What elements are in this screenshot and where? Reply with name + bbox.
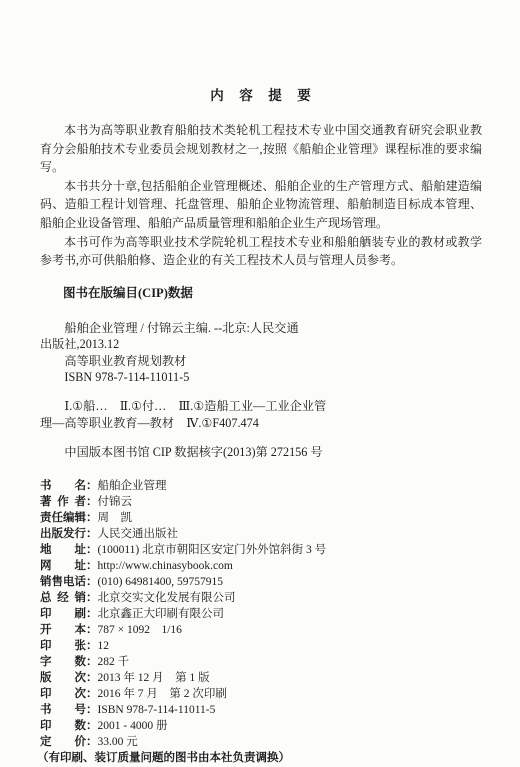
colophon-row: 责任编辑：周 凯	[40, 510, 482, 526]
colophon-value: 北京交实文化发展有限公司	[98, 592, 236, 604]
colophon-colon: ：	[86, 720, 98, 732]
colophon-colon: ：	[86, 624, 98, 636]
cip-group: 船舶企业管理 / 付锦云主编. --北京:人民交通出版社,2013.12高等职业…	[40, 320, 482, 386]
colophon-colon: ：	[86, 576, 98, 588]
summary-paragraphs: 本书为高等职业教育船舶技术类轮机工程技术专业中国交通教育研究会职业教育分会船舶技…	[40, 121, 482, 270]
colophon-label: 出版发行	[40, 526, 86, 542]
colophon-colon: ：	[86, 736, 98, 748]
colophon-row: 印数：2001 - 4000 册	[40, 718, 482, 734]
colophon-colon: ：	[86, 528, 98, 540]
colophon-label: 版次	[40, 670, 86, 686]
colophon-colon: ：	[86, 656, 98, 668]
cip-line: 船舶企业管理 / 付锦云主编. --北京:人民交通	[40, 320, 482, 336]
colophon-row: 书号：ISBN 978-7-114-11011-5	[40, 702, 482, 718]
summary-title: 内 容 提 要	[40, 84, 482, 104]
colophon-label: 著作者	[40, 494, 86, 510]
colophon-label: 印数	[40, 718, 86, 734]
colophon-row: 网址：http://www.chinasybook.com	[40, 558, 482, 574]
colophon-colon: ：	[86, 496, 98, 508]
colophon-value: 2013 年 12 月 第 1 版	[98, 672, 210, 684]
colophon-label: 销售电话	[40, 574, 86, 590]
colophon-colon: ：	[86, 544, 98, 556]
colophon-colon: ：	[86, 608, 98, 620]
colophon-note: （有印刷、装订质量问题的图书由本社负责调换）	[37, 750, 482, 766]
colophon-label: 字数	[40, 654, 86, 670]
colophon-value: 周 凯	[98, 512, 133, 524]
summary-paragraph: 本书为高等职业教育船舶技术类轮机工程技术专业中国交通教育研究会职业教育分会船舶技…	[40, 121, 482, 177]
cip-group: Ⅰ.①船… Ⅱ.①付… Ⅲ.①造船工业—工业企业管理—高等职业教育—教材 Ⅳ.①…	[40, 398, 482, 431]
colophon-row: 总经销：北京交实文化发展有限公司	[40, 590, 482, 606]
colophon-value: 2001 - 4000 册	[98, 720, 168, 732]
colophon-colon: ：	[86, 672, 98, 684]
colophon-value: http://www.chinasybook.com	[98, 560, 233, 572]
colophon-value: 2016 年 7 月 第 2 次印刷	[98, 688, 227, 700]
colophon-row: 版次：2013 年 12 月 第 1 版	[40, 670, 482, 686]
colophon-value: 付锦云	[98, 496, 133, 508]
colophon-row: 销售电话：(010) 64981400, 59757915	[40, 574, 482, 590]
colophon-row: 印刷：北京鑫正大印刷有限公司	[40, 606, 482, 622]
colophon-row: 出版发行：人民交通出版社	[40, 526, 482, 542]
colophon-label: 印刷	[40, 606, 86, 622]
colophon-value: 33.00 元	[98, 736, 138, 748]
colophon-row: 著作者：付锦云	[40, 494, 482, 510]
colophon-row: 书名：船舶企业管理	[40, 478, 482, 494]
colophon-label: 印张	[40, 638, 86, 654]
copyright-page: 内 容 提 要 本书为高等职业教育船舶技术类轮机工程技术专业中国交通教育研究会职…	[0, 0, 520, 767]
colophon-colon: ：	[86, 704, 98, 716]
colophon-colon: ：	[86, 592, 98, 604]
colophon-value: (100011) 北京市朝阳区安定门外外馆斜街 3 号	[98, 544, 327, 556]
colophon-value: 282 千	[98, 656, 130, 668]
cip-line: 高等职业教育规划教材	[40, 353, 482, 369]
colophon-rows: 书名：船舶企业管理著作者：付锦云责任编辑：周 凯出版发行：人民交通出版社地址：(…	[40, 478, 482, 750]
colophon-row: 印张：12	[40, 638, 482, 654]
colophon-label: 定价	[40, 734, 86, 750]
colophon-row: 定价：33.00 元	[40, 734, 482, 750]
cip-group: 中国版本图书馆 CIP 数据核字(2013)第 272156 号	[40, 444, 482, 460]
colophon-colon: ：	[86, 560, 98, 572]
colophon-value: 人民交通出版社	[98, 528, 179, 540]
cip-heading: 图书在版编目(CIP)数据	[63, 283, 482, 301]
colophon-label: 地址	[40, 542, 86, 558]
colophon-value: 北京鑫正大印刷有限公司	[98, 608, 225, 620]
colophon-value: 船舶企业管理	[98, 480, 167, 492]
summary-section: 内 容 提 要 本书为高等职业教育船舶技术类轮机工程技术专业中国交通教育研究会职…	[40, 84, 482, 270]
colophon-label: 开本	[40, 622, 86, 638]
colophon-colon: ：	[86, 688, 98, 700]
colophon-value: (010) 64981400, 59757915	[98, 576, 224, 588]
cip-section: 图书在版编目(CIP)数据 船舶企业管理 / 付锦云主编. --北京:人民交通出…	[40, 283, 482, 461]
colophon-value: 12	[98, 640, 110, 652]
colophon-colon: ：	[86, 512, 98, 524]
colophon-label: 总经销	[40, 590, 86, 606]
colophon-label: 责任编辑	[40, 510, 86, 526]
colophon-row: 地址：(100011) 北京市朝阳区安定门外外馆斜街 3 号	[40, 542, 482, 558]
colophon-value: ISBN 978-7-114-11011-5	[98, 704, 216, 716]
cip-line: 中国版本图书馆 CIP 数据核字(2013)第 272156 号	[40, 444, 482, 460]
cip-line: ISBN 978-7-114-11011-5	[40, 369, 482, 385]
summary-paragraph: 本书共分十章,包括船舶企业管理概述、船舶企业的生产管理方式、船舶建造编码、造船工…	[40, 177, 482, 233]
cip-record: 船舶企业管理 / 付锦云主编. --北京:人民交通出版社,2013.12高等职业…	[40, 320, 482, 461]
cip-line: 理—高等职业教育—教材 Ⅳ.①F407.474	[40, 415, 482, 431]
colophon-colon: ：	[86, 480, 98, 492]
colophon-row: 印次：2016 年 7 月 第 2 次印刷	[40, 686, 482, 702]
colophon-label: 书名	[40, 478, 86, 494]
colophon-label: 印次	[40, 686, 86, 702]
summary-paragraph: 本书可作为高等职业技术学院轮机工程技术专业和船舶舾装专业的教材或教学参考书,亦可…	[40, 233, 482, 270]
cip-line: Ⅰ.①船… Ⅱ.①付… Ⅲ.①造船工业—工业企业管	[40, 398, 482, 414]
colophon-colon: ：	[86, 640, 98, 652]
colophon-row: 字数：282 千	[40, 654, 482, 670]
colophon-section: 书名：船舶企业管理著作者：付锦云责任编辑：周 凯出版发行：人民交通出版社地址：(…	[40, 478, 482, 766]
colophon-row: 开本：787 × 1092 1/16	[40, 622, 482, 638]
cip-line: 出版社,2013.12	[40, 336, 482, 352]
colophon-label: 网址	[40, 558, 86, 574]
colophon-label: 书号	[40, 702, 86, 718]
colophon-value: 787 × 1092 1/16	[98, 624, 182, 636]
